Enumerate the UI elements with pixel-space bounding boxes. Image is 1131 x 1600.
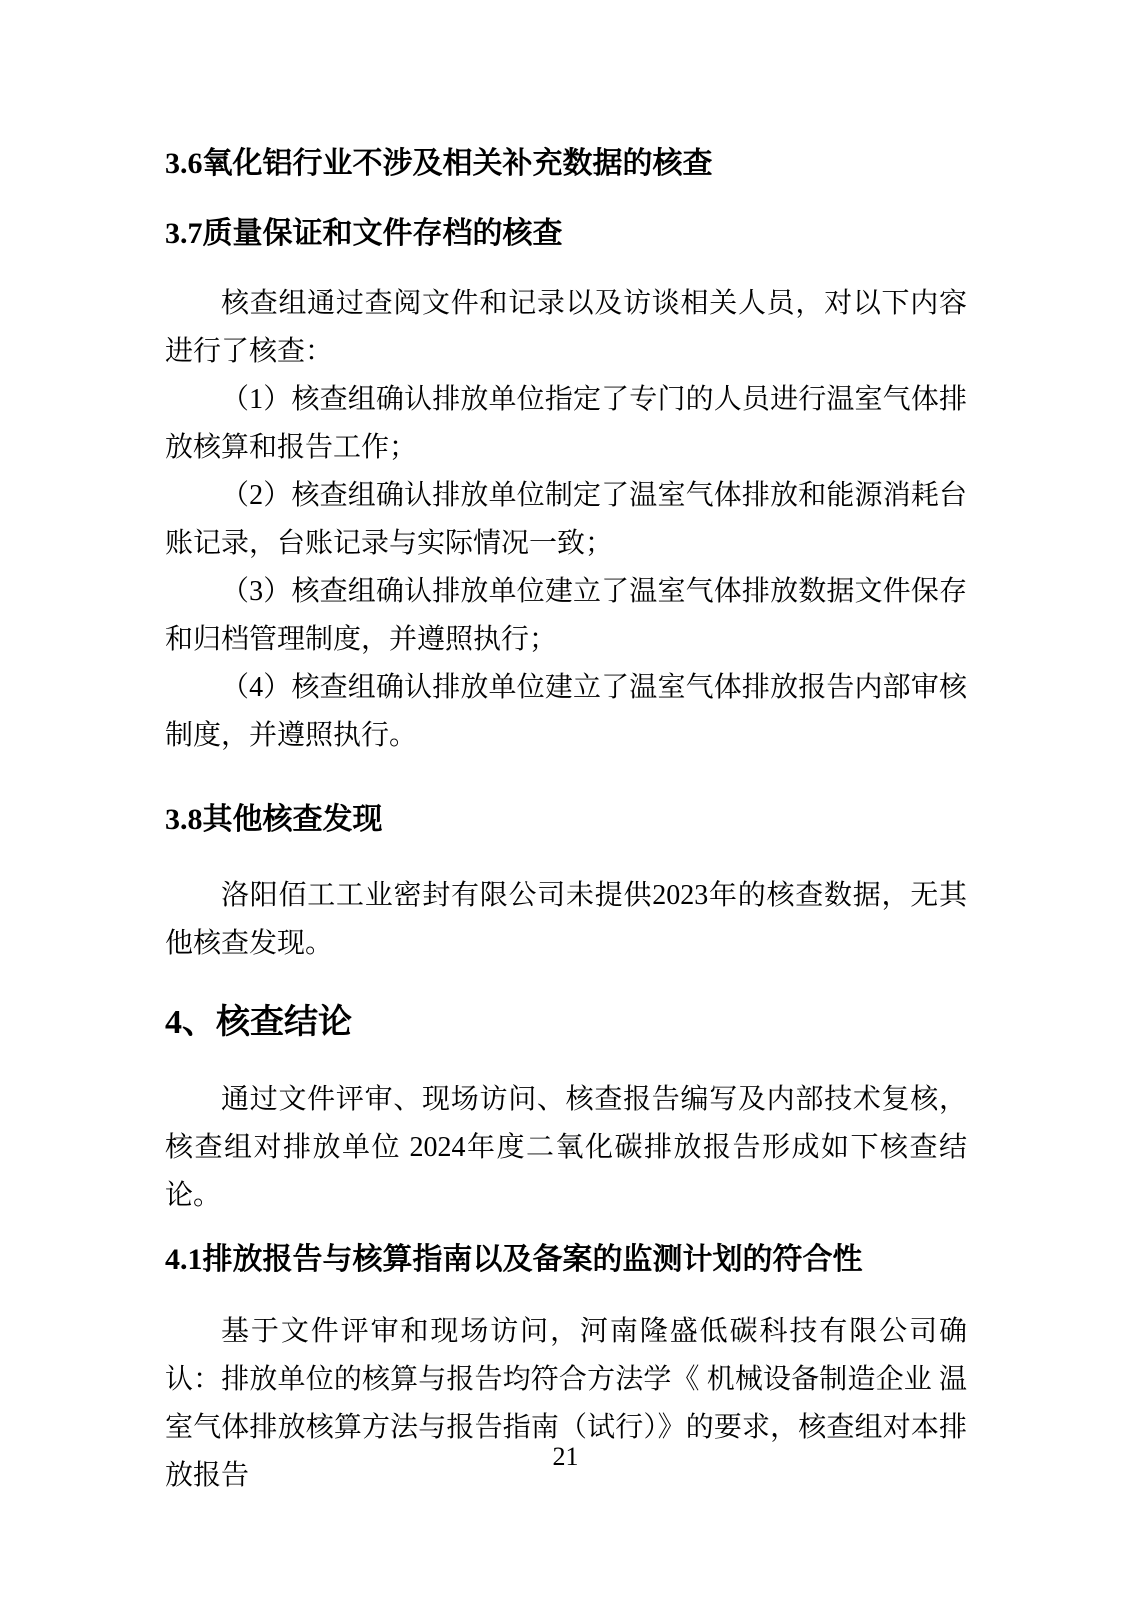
qa-item-1: （1）核查组确认排放单位指定了专门的人员进行温室气体排放核算和报告工作； [165, 376, 967, 472]
section-4-heading: 4、核查结论 [165, 998, 967, 1048]
qa-intro-paragraph: 核查组通过查阅文件和记录以及访谈相关人员，对以下内容进行了核查： [165, 280, 967, 376]
document-page: 3.6氧化铝行业不涉及相关补充数据的核查 3.7质量保证和文件存档的核查 核查组… [0, 0, 1131, 1600]
section-3-8-paragraph: 洛阳佰工工业密封有限公司未提供2023年的核查数据，无其他核查发现。 [165, 872, 967, 968]
page-number: 21 [0, 1440, 1131, 1474]
document-body: 3.6氧化铝行业不涉及相关补充数据的核查 3.7质量保证和文件存档的核查 核查组… [165, 0, 967, 1500]
section-3-8-heading: 3.8其他核查发现 [165, 798, 967, 842]
section-3-7-heading: 3.7质量保证和文件存档的核查 [165, 212, 967, 256]
section-3-6-heading: 3.6氧化铝行业不涉及相关补充数据的核查 [165, 142, 967, 186]
section-4-1-heading: 4.1排放报告与核算指南以及备案的监测计划的符合性 [165, 1238, 967, 1282]
qa-item-3: （3）核查组确认排放单位建立了温室气体排放数据文件保存和归档管理制度，并遵照执行… [165, 568, 967, 664]
qa-item-4: （4）核查组确认排放单位建立了温室气体排放报告内部审核制度，并遵照执行。 [165, 664, 967, 760]
qa-item-2: （2）核查组确认排放单位制定了温室气体排放和能源消耗台账记录，台账记录与实际情况… [165, 472, 967, 568]
section-4-paragraph: 通过文件评审、现场访问、核查报告编写及内部技术复核，核查组对排放单位 2024年… [165, 1076, 967, 1220]
